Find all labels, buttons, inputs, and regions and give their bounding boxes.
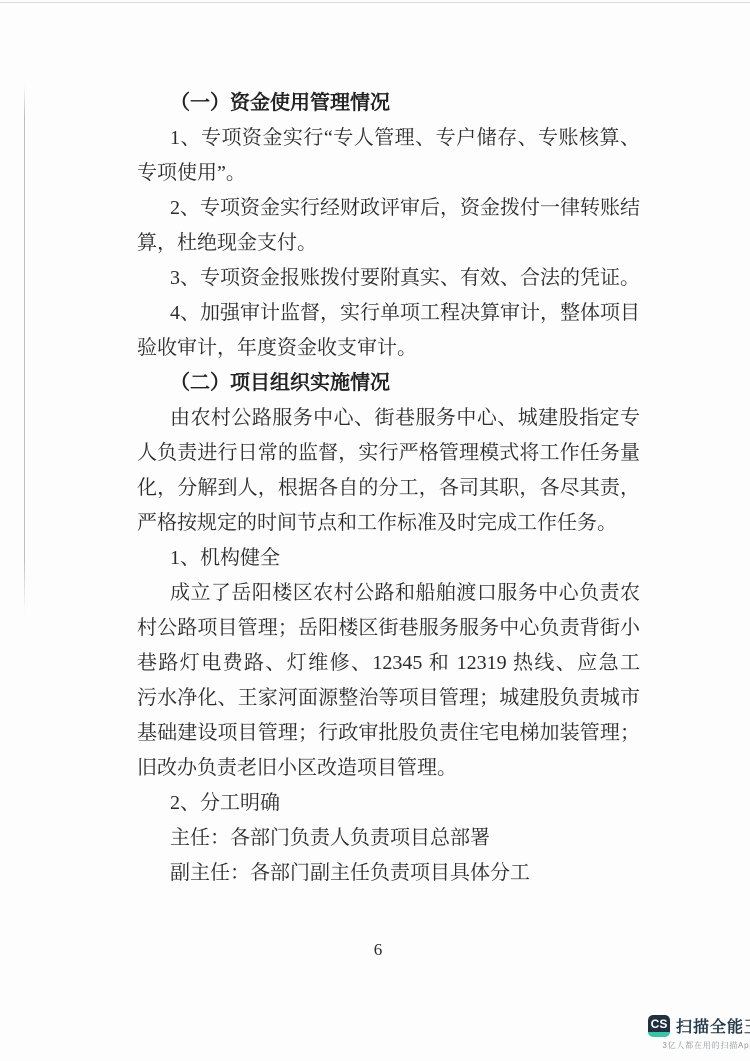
text-line: 化，分解到人，根据各自的分工，各司其职，各尽其责，: [137, 471, 640, 506]
text-line: 巷路灯电费路、灯维修、12345 和 12319 热线、应急工程、: [137, 646, 640, 681]
text-line: 专项使用”。: [137, 156, 640, 191]
text-line: 2、专项资金实行经财政评审后，资金拨付一律转账结: [137, 191, 640, 226]
text-line: 2、分工明确: [137, 786, 640, 821]
text-line: 验收审计，年度资金收支审计。: [137, 331, 640, 366]
text-line: 村公路项目管理；岳阳楼区街巷服务服务中心负责背街小: [137, 611, 640, 646]
scan-artifact-top-line: [0, 2, 750, 3]
text-line: 算，杜绝现金支付。: [137, 226, 640, 261]
text-line: 基础建设项目管理；行政审批股负责住宅电梯加装管理；: [137, 716, 640, 751]
logo-icon-letters: CS: [651, 1017, 668, 1031]
camscanner-logo-icon: CS: [648, 1015, 670, 1037]
section-heading: （一）资金使用管理情况: [137, 86, 640, 121]
text-line: 1、机构健全: [137, 541, 640, 576]
page-number: 6: [338, 940, 418, 960]
section-heading: （二）项目组织实施情况: [137, 366, 640, 401]
watermark-tagline: 3亿人都在用的扫描App: [648, 1040, 750, 1051]
text-line: 4、加强审计监督，实行单项工程决算审计，整体项目: [137, 296, 640, 331]
watermark-app-name: 扫描全能王™: [676, 1014, 750, 1037]
document-lines: （一）资金使用管理情况1、专项资金实行“专人管理、专户储存、专账核算、专项使用”…: [137, 86, 640, 891]
text-line: 旧改办负责老旧小区改造项目管理。: [137, 751, 640, 786]
text-line: 3、专项资金报账拨付要附真实、有效、合法的凭证。: [137, 261, 640, 296]
text-line: 严格按规定的时间节点和工作标准及时完成工作任务。: [137, 506, 640, 541]
text-line: 副主任：各部门副主任负责项目具体分工: [137, 856, 640, 891]
scan-artifact-left-line: [24, 85, 25, 612]
text-line: 污水净化、王家河面源整治等项目管理；城建股负责城市: [137, 681, 640, 716]
app-name-text: 扫描全能王: [676, 1019, 750, 1036]
camscanner-watermark: CS 扫描全能王™ 3亿人都在用的扫描App: [648, 1014, 750, 1051]
text-line: 人负责进行日常的监督，实行严格管理模式将工作任务量: [137, 436, 640, 471]
text-line: 主任：各部门负责人负责项目总部署: [137, 821, 640, 856]
text-line: 成立了岳阳楼区农村公路和船舶渡口服务中心负责农: [137, 576, 640, 611]
text-line: 由农村公路服务中心、街巷服务中心、城建股指定专: [137, 401, 640, 436]
scanned-document-page: （一）资金使用管理情况1、专项资金实行“专人管理、专户储存、专账核算、专项使用”…: [0, 0, 750, 1061]
watermark-row: CS 扫描全能王™: [648, 1014, 750, 1037]
text-line: 1、专项资金实行“专人管理、专户储存、专账核算、: [137, 121, 640, 156]
